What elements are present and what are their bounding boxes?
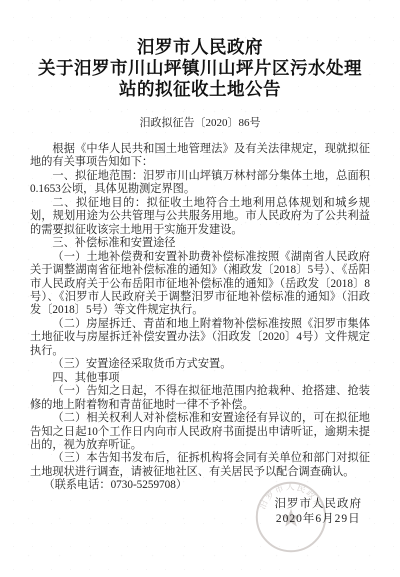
issuing-authority-title: 汨罗市人民政府 (30, 37, 370, 58)
paragraph-compensation-2: （二）房屋拆迁、青苗和地上附着物补偿标准按照《汨罗市集体土地征收与房屋拆迁补偿安… (30, 318, 370, 358)
paragraph-section3-heading: 三、补偿标准和安置途径 (30, 237, 370, 250)
paragraph-other-1: （一）告知之日起，不得在拟征地范围内抢栽种、抢搭建、抢装修的地上附着物和青苗征地… (30, 385, 370, 412)
paragraph-other-2: （二）相关权利人对补偿标准和安置途径有异议的，可在拟征地告知之日起10个工作日内… (30, 412, 370, 452)
paragraph-section4-heading: 四、其他事项 (30, 372, 370, 385)
document-body: 根据《中华人民共和国土地管理法》及有关法律规定，现就拟征地的有关事项告知如下： … (30, 143, 370, 493)
document-header: 汨罗市人民政府 关于汨罗市川山坪镇川山坪片区污水处理 站的拟征收土地公告 汨政拟… (30, 37, 370, 130)
document-number: 汨政拟征告〔2020〕86号 (30, 114, 370, 130)
contact-phone-line: （联系电话：0730-5259708） (30, 479, 370, 492)
paragraph-scope: 一、拟征地范围：汨罗市川山坪镇万林村部分集体土地，总面积0.1653公顷，具体见… (30, 170, 370, 197)
signature-date: 2020年6月29日 (275, 512, 363, 527)
paragraph-compensation-3: （三）安置途径采取货币方式安置。 (30, 358, 370, 371)
signature-block: 汨罗市人民政府 2020年6月29日 (275, 497, 363, 527)
paragraph-other-3: （三）本告知书发布后，征拆机构将会同有关单位和部门对拟征土地现状进行调查，请被征… (30, 452, 370, 479)
paragraph-compensation-1: （一）土地补偿费和安置补助费补偿标准按照《湖南省人民政府关于调整湖南省征地补偿标… (30, 251, 370, 318)
paragraph-intro: 根据《中华人民共和国土地管理法》及有关法律规定，现就拟征地的有关事项告知如下： (30, 143, 370, 170)
document-title-line-1: 关于汨罗市川山坪镇川山坪片区污水处理 (30, 58, 370, 79)
paragraph-purpose: 二、拟征地目的：拟征收土地符合土地利用总体规划和城乡规划，规划用途为公共管理与公… (30, 197, 370, 237)
document-title-line-2: 站的拟征收土地公告 (30, 79, 370, 100)
announcement-page: 汨罗市人民政府 关于汨罗市川山坪镇川山坪片区污水处理 站的拟征收土地公告 汨政拟… (0, 0, 400, 577)
signature-issuer: 汨罗市人民政府 (275, 497, 363, 512)
